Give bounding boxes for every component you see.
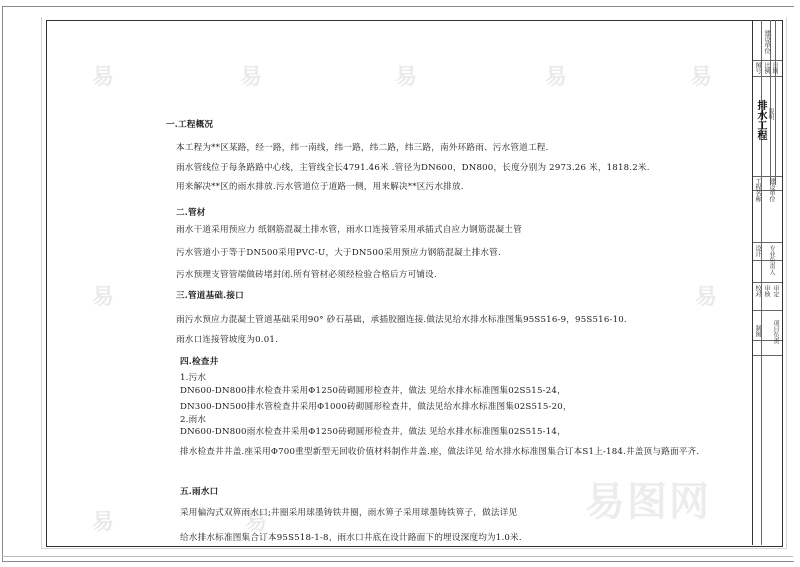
- section-heading: 五.雨水口: [180, 487, 218, 497]
- note-line: DN600-DN800雨水检查井采用Φ1250砖砌圆形检查井，做法 见给水排水标…: [180, 427, 566, 437]
- note-line: 雨水干道采用预应力 纸钢筋混凝土排水管，雨水口连接管采用承插式自应力钢筋混凝土管: [176, 225, 522, 235]
- note-line: DN600-DN800排水检查井采用Φ1250砖砌圆形检查井，做法 见给水排水标…: [180, 386, 566, 396]
- section-heading: 三.管道基础.接口: [176, 291, 244, 301]
- design-notes: 一.工程概况 本工程为**区某路，经一路，纬一南线，纬一路，纬二路，纬三路，南外…: [0, 0, 800, 567]
- note-line: 污水管道小于等于DN500采用PVC-U，大于DN500采用预应力钢筋混凝土排水…: [176, 248, 501, 258]
- section-heading: 二.管材: [176, 208, 206, 218]
- section-heading: 一.工程概况: [166, 120, 213, 130]
- note-line: DN300-DN500排水管检查井采用Φ1000砖砌圆形检查井，做法见给水排水标…: [180, 402, 572, 412]
- note-line: 用来解决**区的雨水排放.污水管道位于道路一侧，用来解决**区污水排放.: [176, 182, 464, 192]
- note-line: 给水排水标准图集合订本95S518-1-8，雨水口井底在设计路面下的埋设深度均为…: [180, 533, 522, 543]
- note-line: 污水预理支管管端做砖堵封闭.所有管材必须经检验合格后方可铺设.: [176, 270, 437, 280]
- note-line: 雨污水预应力混凝土管道基础采用90° 砂石基础，承插胶圈连接.做法见给水排水标准…: [176, 315, 627, 325]
- section-heading: 四.检查井: [180, 357, 218, 367]
- note-line: 采用偏沟式双箅雨水口;井圈采用球墨铸铁井圈，雨水箅子采用球墨铸铁箅子，做法详见: [180, 508, 517, 518]
- note-line: 排水检查井井盖.座采用Φ700重型新型无回收价值材料制作井盖.座，做法详见 给水…: [180, 447, 699, 457]
- note-line: 本工程为**区某路，经一路，纬一南线，纬一路，纬二路，纬三路，南外环路雨、污水管…: [176, 143, 548, 153]
- note-line: 1.污水: [180, 373, 206, 383]
- note-line: 雨水口连接管坡度为0.01.: [176, 335, 278, 345]
- note-line: 2.雨水: [180, 415, 206, 425]
- note-line: 雨水管线位于每条路路中心线，主管线全长4791.46米 .管径为DN600，DN…: [176, 163, 650, 173]
